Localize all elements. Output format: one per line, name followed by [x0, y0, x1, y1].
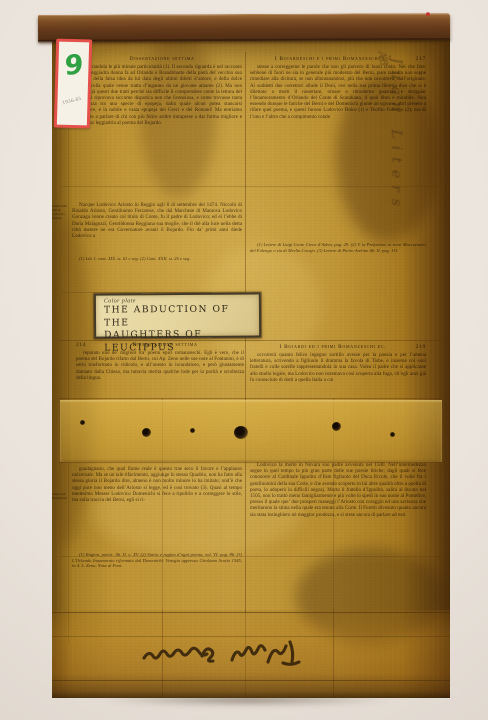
inventory-sticker: 9 1936-65: [54, 39, 92, 129]
margin-note: Cenno del Domenichi: [52, 492, 71, 500]
footnote-text: (1) Ragion. poetic. lib. II. c. XV. (2) …: [72, 552, 242, 569]
printed-text-block: reputato uno de’ migliori tra’ poemi epi…: [76, 350, 244, 396]
running-title: Dissertazione settima: [130, 56, 195, 62]
paragraph: occorrerà quanto felice ingegno sortillo…: [250, 352, 426, 383]
footnotes: (1) Ragion. poetic. lib. II. c. XV. (2) …: [72, 552, 242, 602]
page-number: 214: [76, 342, 86, 348]
printed-text-block: occorrerà quanto felice ingegno sortillo…: [250, 352, 426, 396]
running-head-right-mid: I Boiardi ed i primi Romanzeschi ec. 219: [250, 344, 426, 350]
nail-hole: [190, 428, 195, 433]
printed-text-block: guadagnano, che qual fiume reale è quest…: [72, 466, 242, 548]
running-title: I Boiardi ed i primi Romanzeschi ec.: [280, 344, 387, 350]
blank-paper-band: [60, 400, 442, 462]
nail-hole: [332, 422, 341, 431]
printed-text-block: Nacque Lodovico Ariosto in Reggio agli 8…: [72, 202, 242, 254]
nail-hole: [234, 426, 248, 439]
printed-text-block: va narrandola le più minute particolarit…: [72, 64, 242, 200]
margin-note: Cenni sulla vita di Lodovico Ariosto: [52, 204, 71, 220]
inventory-code: 1936-65: [62, 97, 82, 107]
running-head-left-top: 218 Dissertazione settima: [72, 56, 242, 62]
red-paint-speck: [426, 12, 430, 16]
footnotes: (1) Lib. I. cant. XIX. st. 61 e seg. (2)…: [72, 256, 242, 276]
mirrored-signature: [140, 636, 312, 670]
panel-back: 218 Dissertazione settima va narrandola …: [52, 36, 450, 698]
page-seam: [58, 398, 444, 399]
nail-hole: [80, 420, 85, 425]
nail-hole: [390, 432, 395, 437]
running-title: I Boiardeschi e i primi Romanzeschi ec.: [275, 56, 391, 62]
panel-top-edge: [38, 13, 450, 42]
paragraph: Lodovico la morte in Novara suo padre av…: [250, 462, 426, 518]
page-number: 217: [416, 56, 426, 62]
gallery-label: Color plate THE ABDUCTION OF THE DAUGHTE…: [94, 292, 261, 338]
vertical-inscription: Juan Liters: [387, 58, 404, 290]
plank-line: [52, 680, 450, 681]
running-head-left-mid: 214 Dissertazione settima: [76, 342, 244, 348]
label-title-line1: THE ABDUCTION OF THE: [104, 303, 253, 329]
page-seam: [68, 64, 69, 644]
printed-text-block: Lodovico la morte in Novara suo padre av…: [250, 462, 426, 588]
plank-seam: [333, 610, 334, 698]
paragraph: va narrandola le più minute particolarit…: [72, 64, 242, 126]
nail-hole: [142, 428, 151, 437]
photograph: 218 Dissertazione settima va narrandola …: [0, 0, 488, 720]
paragraph: guadagnano, che qual fiume reale è quest…: [72, 466, 242, 503]
footnote-text: (1) Lib. I. cant. XIX. st. 61 e seg. (2)…: [72, 256, 242, 262]
paragraph: reputato uno de’ migliori tra’ poemi epi…: [76, 350, 244, 381]
page-number: 219: [416, 344, 426, 350]
paragraph: Nacque Lodovico Ariosto in Reggio agli 8…: [72, 202, 242, 239]
running-title: Dissertazione settima: [133, 342, 198, 348]
plank-line: [52, 612, 450, 613]
inventory-number: 9: [64, 49, 83, 82]
